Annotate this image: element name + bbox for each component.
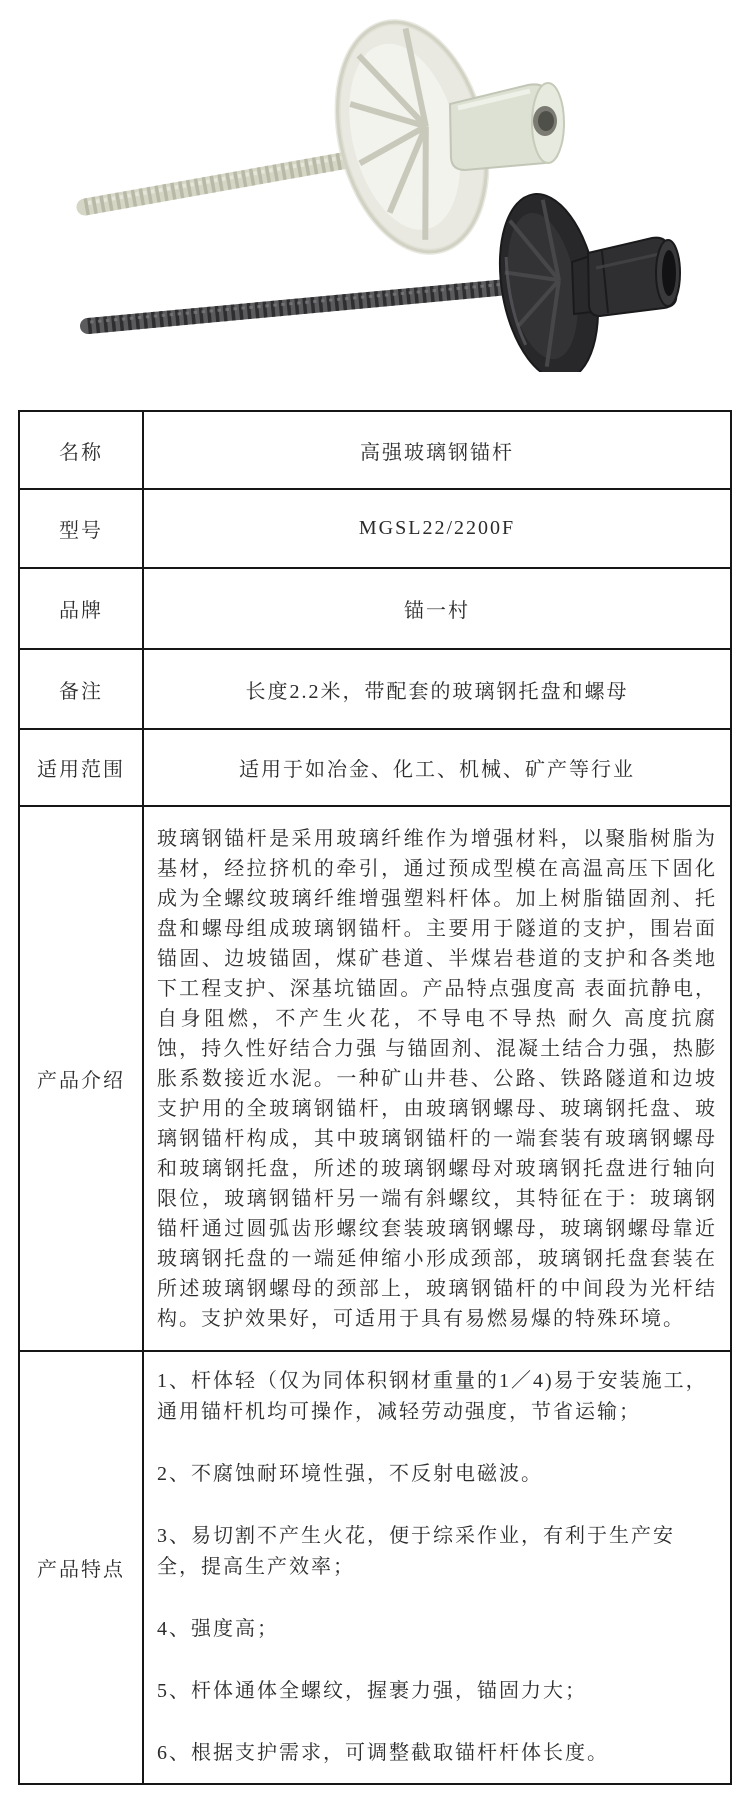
row-value-remark: 长度2.2米，带配套的玻璃钢托盘和螺母 xyxy=(143,649,731,729)
feature-item-4: 4、强度高； xyxy=(157,1614,717,1645)
row-value-name: 高强玻璃钢锚杆 xyxy=(143,411,731,489)
row-label-remark: 备注 xyxy=(19,649,143,729)
row-value-intro: 玻璃钢锚杆是采用玻璃纤维作为增强材料，以聚脂树脂为基材，经拉挤机的牵引，通过预成… xyxy=(143,806,731,1351)
row-label-brand: 品牌 xyxy=(19,568,143,649)
table-row: 产品介绍 玻璃钢锚杆是采用玻璃纤维作为增强材料，以聚脂树脂为基材，经拉挤机的牵引… xyxy=(19,806,731,1351)
row-value-scope: 适用于如冶金、化工、机械、矿产等行业 xyxy=(143,729,731,806)
anchor-rods-photo-illustration xyxy=(0,0,750,372)
feature-item-1: 1、杆体轻（仅为同体积钢材重量的1／4)易于安装施工，通用锚杆机均可操作，减轻劳… xyxy=(157,1366,717,1428)
row-label-name: 名称 xyxy=(19,411,143,489)
row-value-features: 1、杆体轻（仅为同体积钢材重量的1／4)易于安装施工，通用锚杆机均可操作，减轻劳… xyxy=(143,1351,731,1784)
feature-item-6: 6、根据支护需求，可调整截取锚杆杆体长度。 xyxy=(157,1738,717,1769)
row-label-intro: 产品介绍 xyxy=(19,806,143,1351)
row-label-features: 产品特点 xyxy=(19,1351,143,1784)
table-row: 备注 长度2.2米，带配套的玻璃钢托盘和螺母 xyxy=(19,649,731,729)
table-row: 名称 高强玻璃钢锚杆 xyxy=(19,411,731,489)
black-anchor-rod xyxy=(88,284,508,326)
feature-item-5: 5、杆体通体全螺纹，握裹力强，锚固力大； xyxy=(157,1676,717,1707)
feature-item-3: 3、易切割不产生火花，便于综采作业，有利于生产安全，提高生产效率； xyxy=(157,1521,717,1583)
product-photo xyxy=(0,0,750,372)
table-row: 产品特点 1、杆体轻（仅为同体积钢材重量的1／4)易于安装施工，通用锚杆机均可操… xyxy=(19,1351,731,1784)
table-row: 型号 MGSL22/2200F xyxy=(19,489,731,568)
row-value-model: MGSL22/2200F xyxy=(143,489,731,568)
row-label-scope: 适用范围 xyxy=(19,729,143,806)
row-label-model: 型号 xyxy=(19,489,143,568)
table-row: 品牌 锚一村 xyxy=(19,568,731,649)
feature-item-2: 2、不腐蚀耐环境性强，不反射电磁波。 xyxy=(157,1459,717,1490)
product-spec-table: 名称 高强玻璃钢锚杆 型号 MGSL22/2200F 品牌 锚一村 备注 长度2… xyxy=(18,410,732,1785)
row-value-brand: 锚一村 xyxy=(143,568,731,649)
table-row: 适用范围 适用于如冶金、化工、机械、矿产等行业 xyxy=(19,729,731,806)
